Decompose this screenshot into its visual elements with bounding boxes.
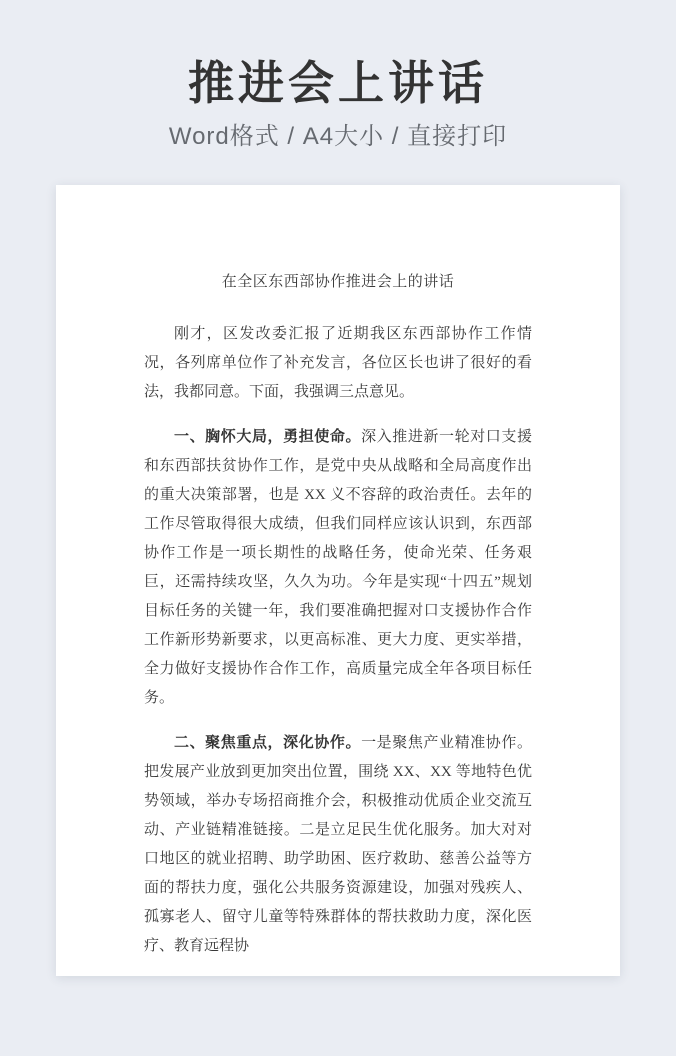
- document-paragraph: 二、聚焦重点，深化协作。一是聚焦产业精准协作。把发展产业放到更加突出位置，围绕 …: [144, 729, 532, 961]
- document-title: 在全区东西部协作推进会上的讲话: [144, 272, 532, 292]
- document-paragraph: 刚才，区发改委汇报了近期我区东西部协作工作情况，各列席单位作了补充发言，各位区长…: [144, 320, 532, 407]
- paragraph-bold-lead: 一、胸怀大局，勇担使命。: [174, 429, 361, 445]
- document-preview-sheet: 在全区东西部协作推进会上的讲话 刚才，区发改委汇报了近期我区东西部协作工作情况，…: [56, 185, 620, 976]
- document-paragraph: 一、胸怀大局，勇担使命。深入推进新一轮对口支援和东西部扶贫协作工作，是党中央从战…: [144, 423, 532, 713]
- header: 推进会上讲话 Word格式 / A4大小 / 直接打印: [0, 0, 676, 152]
- document-body: 刚才，区发改委汇报了近期我区东西部协作工作情况，各列席单位作了补充发言，各位区长…: [144, 320, 532, 961]
- page-subtitle: Word格式 / A4大小 / 直接打印: [0, 122, 676, 152]
- paragraph-bold-lead: 二、聚焦重点，深化协作。: [174, 735, 361, 751]
- page-title: 推进会上讲话: [0, 56, 676, 110]
